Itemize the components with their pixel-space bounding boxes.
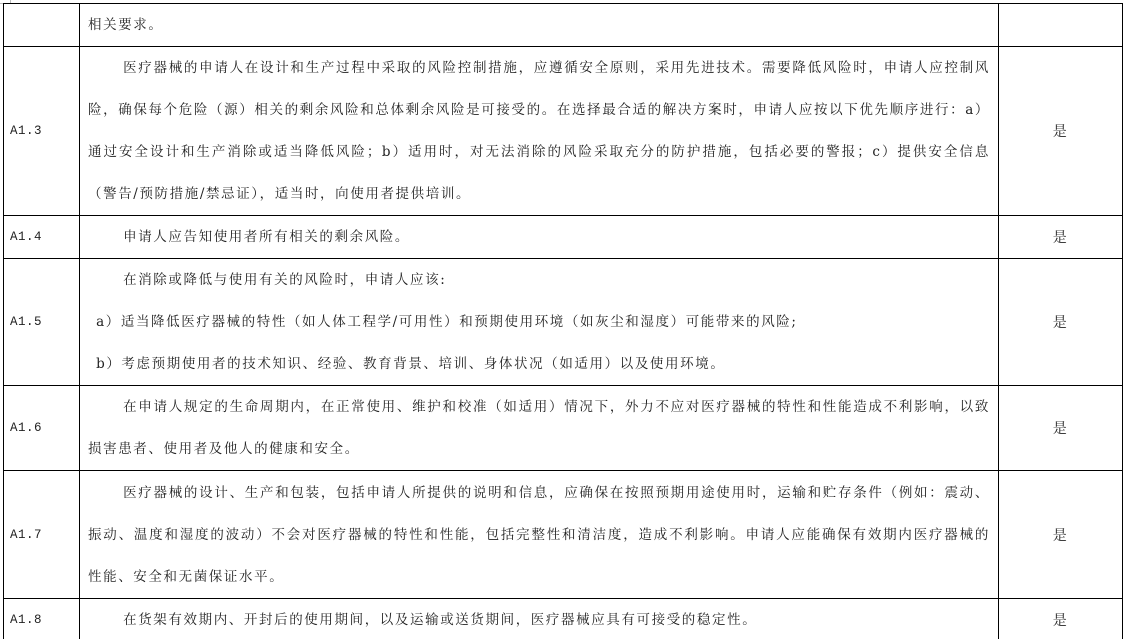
requirement-text: 在申请人规定的生命周期内，在正常使用、维护和校准（如适用）情况下，外力不应对医疗… (80, 386, 999, 471)
table-row: A1.7医疗器械的设计、生产和包装，包括申请人所提供的说明和信息，应确保在按照预… (4, 471, 1123, 599)
requirement-paragraph: 相关要求。 (88, 4, 990, 46)
requirement-text: 申请人应告知使用者所有相关的剩余风险。 (80, 216, 999, 259)
requirement-text: 在货架有效期内、开封后的使用期间，以及运输或送货期间，医疗器械应具有可接受的稳定… (80, 599, 999, 639)
compliance-result: 是 (999, 599, 1123, 639)
compliance-result: 是 (999, 471, 1123, 599)
clause-id: A1.6 (4, 386, 80, 471)
requirement-text: 在消除或降低与使用有关的风险时，申请人应该:a）适当降低医疗器械的特性（如人体工… (80, 259, 999, 386)
clause-id (4, 4, 80, 47)
table-row: A1.3医疗器械的申请人在设计和生产过程中采取的风险控制措施，应遵循安全原则，采… (4, 47, 1123, 216)
requirements-table: 相关要求。A1.3医疗器械的申请人在设计和生产过程中采取的风险控制措施，应遵循安… (3, 3, 1123, 639)
requirement-paragraph: b）考虑预期使用者的技术知识、经验、教育背景、培训、身体状况（如适用）以及使用环… (88, 343, 990, 385)
table-row: A1.4申请人应告知使用者所有相关的剩余风险。是 (4, 216, 1123, 259)
clause-id: A1.5 (4, 259, 80, 386)
requirement-paragraph: 医疗器械的设计、生产和包装，包括申请人所提供的说明和信息，应确保在按照预期用途使… (88, 472, 990, 598)
clause-id: A1.7 (4, 471, 80, 599)
clause-id: A1.8 (4, 599, 80, 639)
table-row: 相关要求。 (4, 4, 1123, 47)
clause-id: A1.3 (4, 47, 80, 216)
requirement-paragraph: 医疗器械的申请人在设计和生产过程中采取的风险控制措施，应遵循安全原则，采用先进技… (88, 47, 990, 215)
requirement-text: 医疗器械的申请人在设计和生产过程中采取的风险控制措施，应遵循安全原则，采用先进技… (80, 47, 999, 216)
requirement-text: 相关要求。 (80, 4, 999, 47)
requirement-paragraph: a）适当降低医疗器械的特性（如人体工程学/可用性）和预期使用环境（如灰尘和湿度）… (88, 301, 990, 343)
compliance-result: 是 (999, 216, 1123, 259)
compliance-result: 是 (999, 386, 1123, 471)
compliance-result: 是 (999, 47, 1123, 216)
requirement-paragraph: 在消除或降低与使用有关的风险时，申请人应该: (88, 259, 990, 301)
requirement-paragraph: 在申请人规定的生命周期内，在正常使用、维护和校准（如适用）情况下，外力不应对医疗… (88, 386, 990, 470)
clause-id: A1.4 (4, 216, 80, 259)
requirement-paragraph: 在货架有效期内、开封后的使用期间，以及运输或送货期间，医疗器械应具有可接受的稳定… (88, 599, 990, 639)
compliance-result: 是 (999, 259, 1123, 386)
requirement-paragraph: 申请人应告知使用者所有相关的剩余风险。 (88, 216, 990, 258)
table-row: A1.6在申请人规定的生命周期内，在正常使用、维护和校准（如适用）情况下，外力不… (4, 386, 1123, 471)
requirement-text: 医疗器械的设计、生产和包装，包括申请人所提供的说明和信息，应确保在按照预期用途使… (80, 471, 999, 599)
compliance-result (999, 4, 1123, 47)
table-row: A1.5在消除或降低与使用有关的风险时，申请人应该:a）适当降低医疗器械的特性（… (4, 259, 1123, 386)
table-row: A1.8在货架有效期内、开封后的使用期间，以及运输或送货期间，医疗器械应具有可接… (4, 599, 1123, 639)
